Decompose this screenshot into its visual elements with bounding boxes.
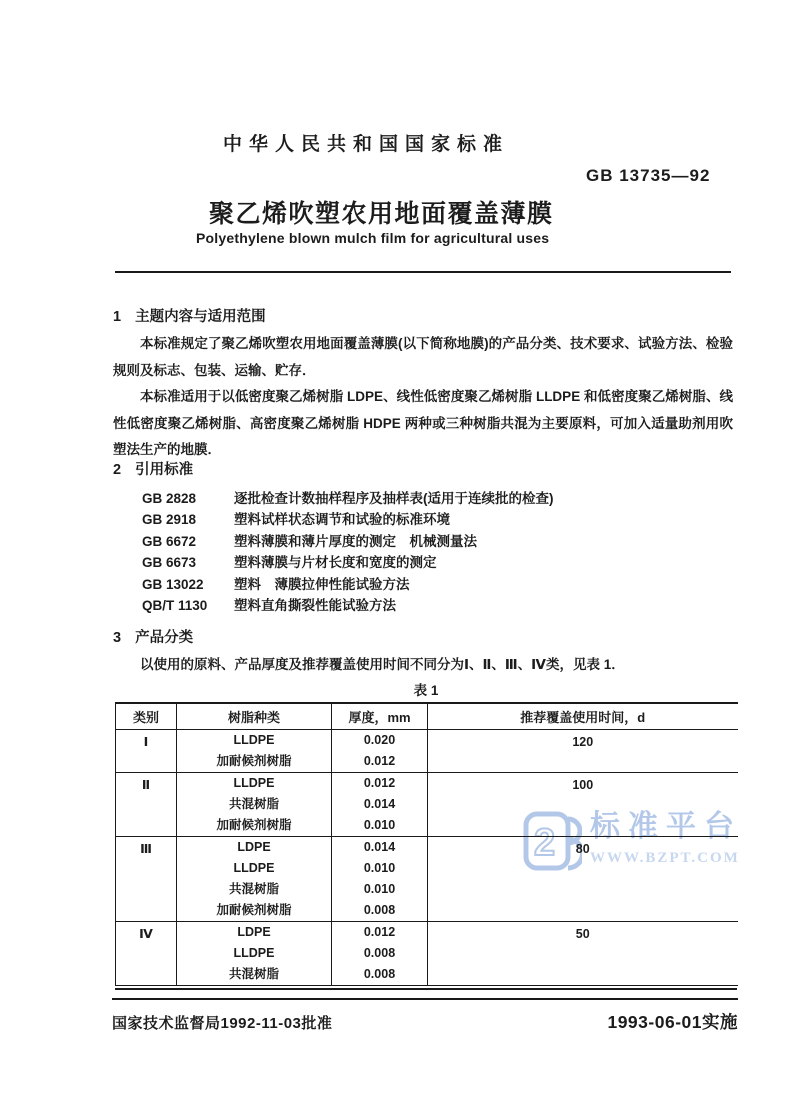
- resin-cell: LDPE: [177, 922, 332, 944]
- thickness-cell: 0.014: [332, 794, 428, 815]
- classification-table: 类别树脂种类厚度，mm推荐覆盖使用时间，d ⅠLLDPE0.020120加耐候剂…: [115, 702, 738, 986]
- section2-title: 引用标准: [135, 462, 193, 478]
- reference-title: 塑料薄膜与片材长度和宽度的测定: [234, 555, 437, 570]
- cover-days-cell: 50: [428, 922, 738, 986]
- reference-code: QB/T 1130: [142, 595, 220, 616]
- header-divider: [115, 271, 731, 273]
- reference-code: GB 13022: [142, 574, 220, 595]
- table-header-row: 类别树脂种类厚度，mm推荐覆盖使用时间，d: [116, 703, 738, 730]
- reference-title: 塑料 薄膜拉伸性能试验方法: [234, 577, 410, 592]
- section1-body: 本标准规定了聚乙烯吹塑农用地面覆盖薄膜(以下简称地膜)的产品分类、技术要求、试验…: [113, 331, 733, 464]
- reference-code: GB 2828: [142, 488, 220, 509]
- table-row: ⅠLLDPE0.020120: [116, 730, 738, 752]
- thickness-cell: 0.014: [332, 837, 428, 859]
- document-title-zh: 聚乙烯吹塑农用地面覆盖薄膜: [209, 194, 554, 230]
- section3-paragraph: 以使用的原料、产品厚度及推荐覆盖使用时间不同分为Ⅰ、Ⅱ、Ⅲ、Ⅳ类，见表 1．: [113, 652, 733, 679]
- section1-number: 1: [113, 309, 121, 325]
- thickness-cell: 0.008: [332, 943, 428, 964]
- thickness-cell: 0.010: [332, 815, 428, 837]
- thickness-cell: 0.010: [332, 858, 428, 879]
- thickness-cell: 0.012: [332, 751, 428, 773]
- resin-cell: LLDPE: [177, 858, 332, 879]
- thickness-cell: 0.012: [332, 773, 428, 795]
- table-row: ⅡLLDPE0.012100: [116, 773, 738, 795]
- reference-title: 塑料直角撕裂性能试验方法: [234, 598, 396, 613]
- category-cell: Ⅰ: [116, 730, 177, 773]
- section1-paragraph: 本标准适用于以低密度聚乙烯树脂 LDPE、线性低密度聚乙烯树脂 LLDPE 和低…: [113, 384, 733, 464]
- thickness-cell: 0.008: [332, 900, 428, 922]
- resin-cell: LLDPE: [177, 773, 332, 795]
- standard-number: GB 13735—92: [586, 166, 710, 186]
- reference-item: GB 6673塑料薄膜与片材长度和宽度的测定: [142, 552, 554, 573]
- section3-title: 产品分类: [135, 630, 193, 646]
- category-cell: Ⅳ: [116, 922, 177, 986]
- resin-cell: 加耐候剂树脂: [177, 815, 332, 837]
- standard-label: 中华人民共和国国家标准: [223, 129, 509, 156]
- document-title-en: Polyethylene blown mulch film for agricu…: [196, 230, 549, 246]
- reference-title: 塑料薄膜和薄片厚度的测定 机械测量法: [234, 534, 477, 549]
- table1-caption: 表 1: [115, 679, 737, 699]
- thickness-cell: 0.008: [332, 964, 428, 986]
- section3-heading: 3产品分类: [113, 626, 193, 647]
- thickness-cell: 0.012: [332, 922, 428, 944]
- reference-title: 塑料试样状态调节和试验的标准环境: [234, 512, 450, 527]
- resin-cell: 共混树脂: [177, 964, 332, 986]
- table-column-header: 推荐覆盖使用时间，d: [428, 703, 738, 730]
- reference-item: GB 2828逐批检查计数抽样程序及抽样表(适用于连续批的检查): [142, 488, 554, 509]
- cover-days-cell: 80: [428, 837, 738, 922]
- cover-days-cell: 100: [428, 773, 738, 837]
- section2-heading: 2引用标准: [113, 458, 193, 479]
- resin-cell: 加耐候剂树脂: [177, 751, 332, 773]
- section2-number: 2: [113, 462, 121, 478]
- table-column-header: 树脂种类: [177, 703, 332, 730]
- reference-item: GB 2918塑料试样状态调节和试验的标准环境: [142, 509, 554, 530]
- section1-paragraph: 本标准规定了聚乙烯吹塑农用地面覆盖薄膜(以下简称地膜)的产品分类、技术要求、试验…: [113, 331, 733, 384]
- category-cell: Ⅲ: [116, 837, 177, 922]
- reference-code: GB 6673: [142, 552, 220, 573]
- table-row: ⅢLDPE0.01480: [116, 837, 738, 859]
- table-column-header: 厚度，mm: [332, 703, 428, 730]
- table-row: ⅣLDPE0.01250: [116, 922, 738, 944]
- resin-cell: 共混树脂: [177, 794, 332, 815]
- table1-wrapper: 类别树脂种类厚度，mm推荐覆盖使用时间，d ⅠLLDPE0.020120加耐候剂…: [115, 702, 737, 990]
- reference-title: 逐批检查计数抽样程序及抽样表(适用于连续批的检查): [234, 491, 554, 506]
- reference-item: GB 6672塑料薄膜和薄片厚度的测定 机械测量法: [142, 531, 554, 552]
- approval-text: 国家技术监督局1992-11-03批准: [112, 1012, 332, 1033]
- resin-cell: 共混树脂: [177, 879, 332, 900]
- resin-cell: 加耐候剂树脂: [177, 900, 332, 922]
- document-page: 2 标准平台 WWW.BZPT.COM 中华人民共和国国家标准 GB 13735…: [0, 0, 800, 1120]
- footer: 国家技术监督局1992-11-03批准 1993-06-01实施: [112, 998, 738, 1034]
- section1-heading: 1主题内容与适用范围: [113, 305, 266, 326]
- section3-number: 3: [113, 630, 121, 646]
- reference-code: GB 2918: [142, 509, 220, 530]
- category-cell: Ⅱ: [116, 773, 177, 837]
- resin-cell: LLDPE: [177, 943, 332, 964]
- resin-cell: LDPE: [177, 837, 332, 859]
- table-column-header: 类别: [116, 703, 177, 730]
- reference-code: GB 6672: [142, 531, 220, 552]
- reference-item: QB/T 1130塑料直角撕裂性能试验方法: [142, 595, 554, 616]
- thickness-cell: 0.020: [332, 730, 428, 752]
- references-list: GB 2828逐批检查计数抽样程序及抽样表(适用于连续批的检查)GB 2918塑…: [142, 488, 554, 616]
- implementation-text: 1993-06-01实施: [607, 1009, 738, 1034]
- resin-cell: LLDPE: [177, 730, 332, 752]
- thickness-cell: 0.010: [332, 879, 428, 900]
- cover-days-cell: 120: [428, 730, 738, 773]
- reference-item: GB 13022塑料 薄膜拉伸性能试验方法: [142, 574, 554, 595]
- table-body: ⅠLLDPE0.020120加耐候剂树脂0.012ⅡLLDPE0.012100共…: [116, 730, 738, 986]
- section1-title: 主题内容与适用范围: [135, 309, 266, 325]
